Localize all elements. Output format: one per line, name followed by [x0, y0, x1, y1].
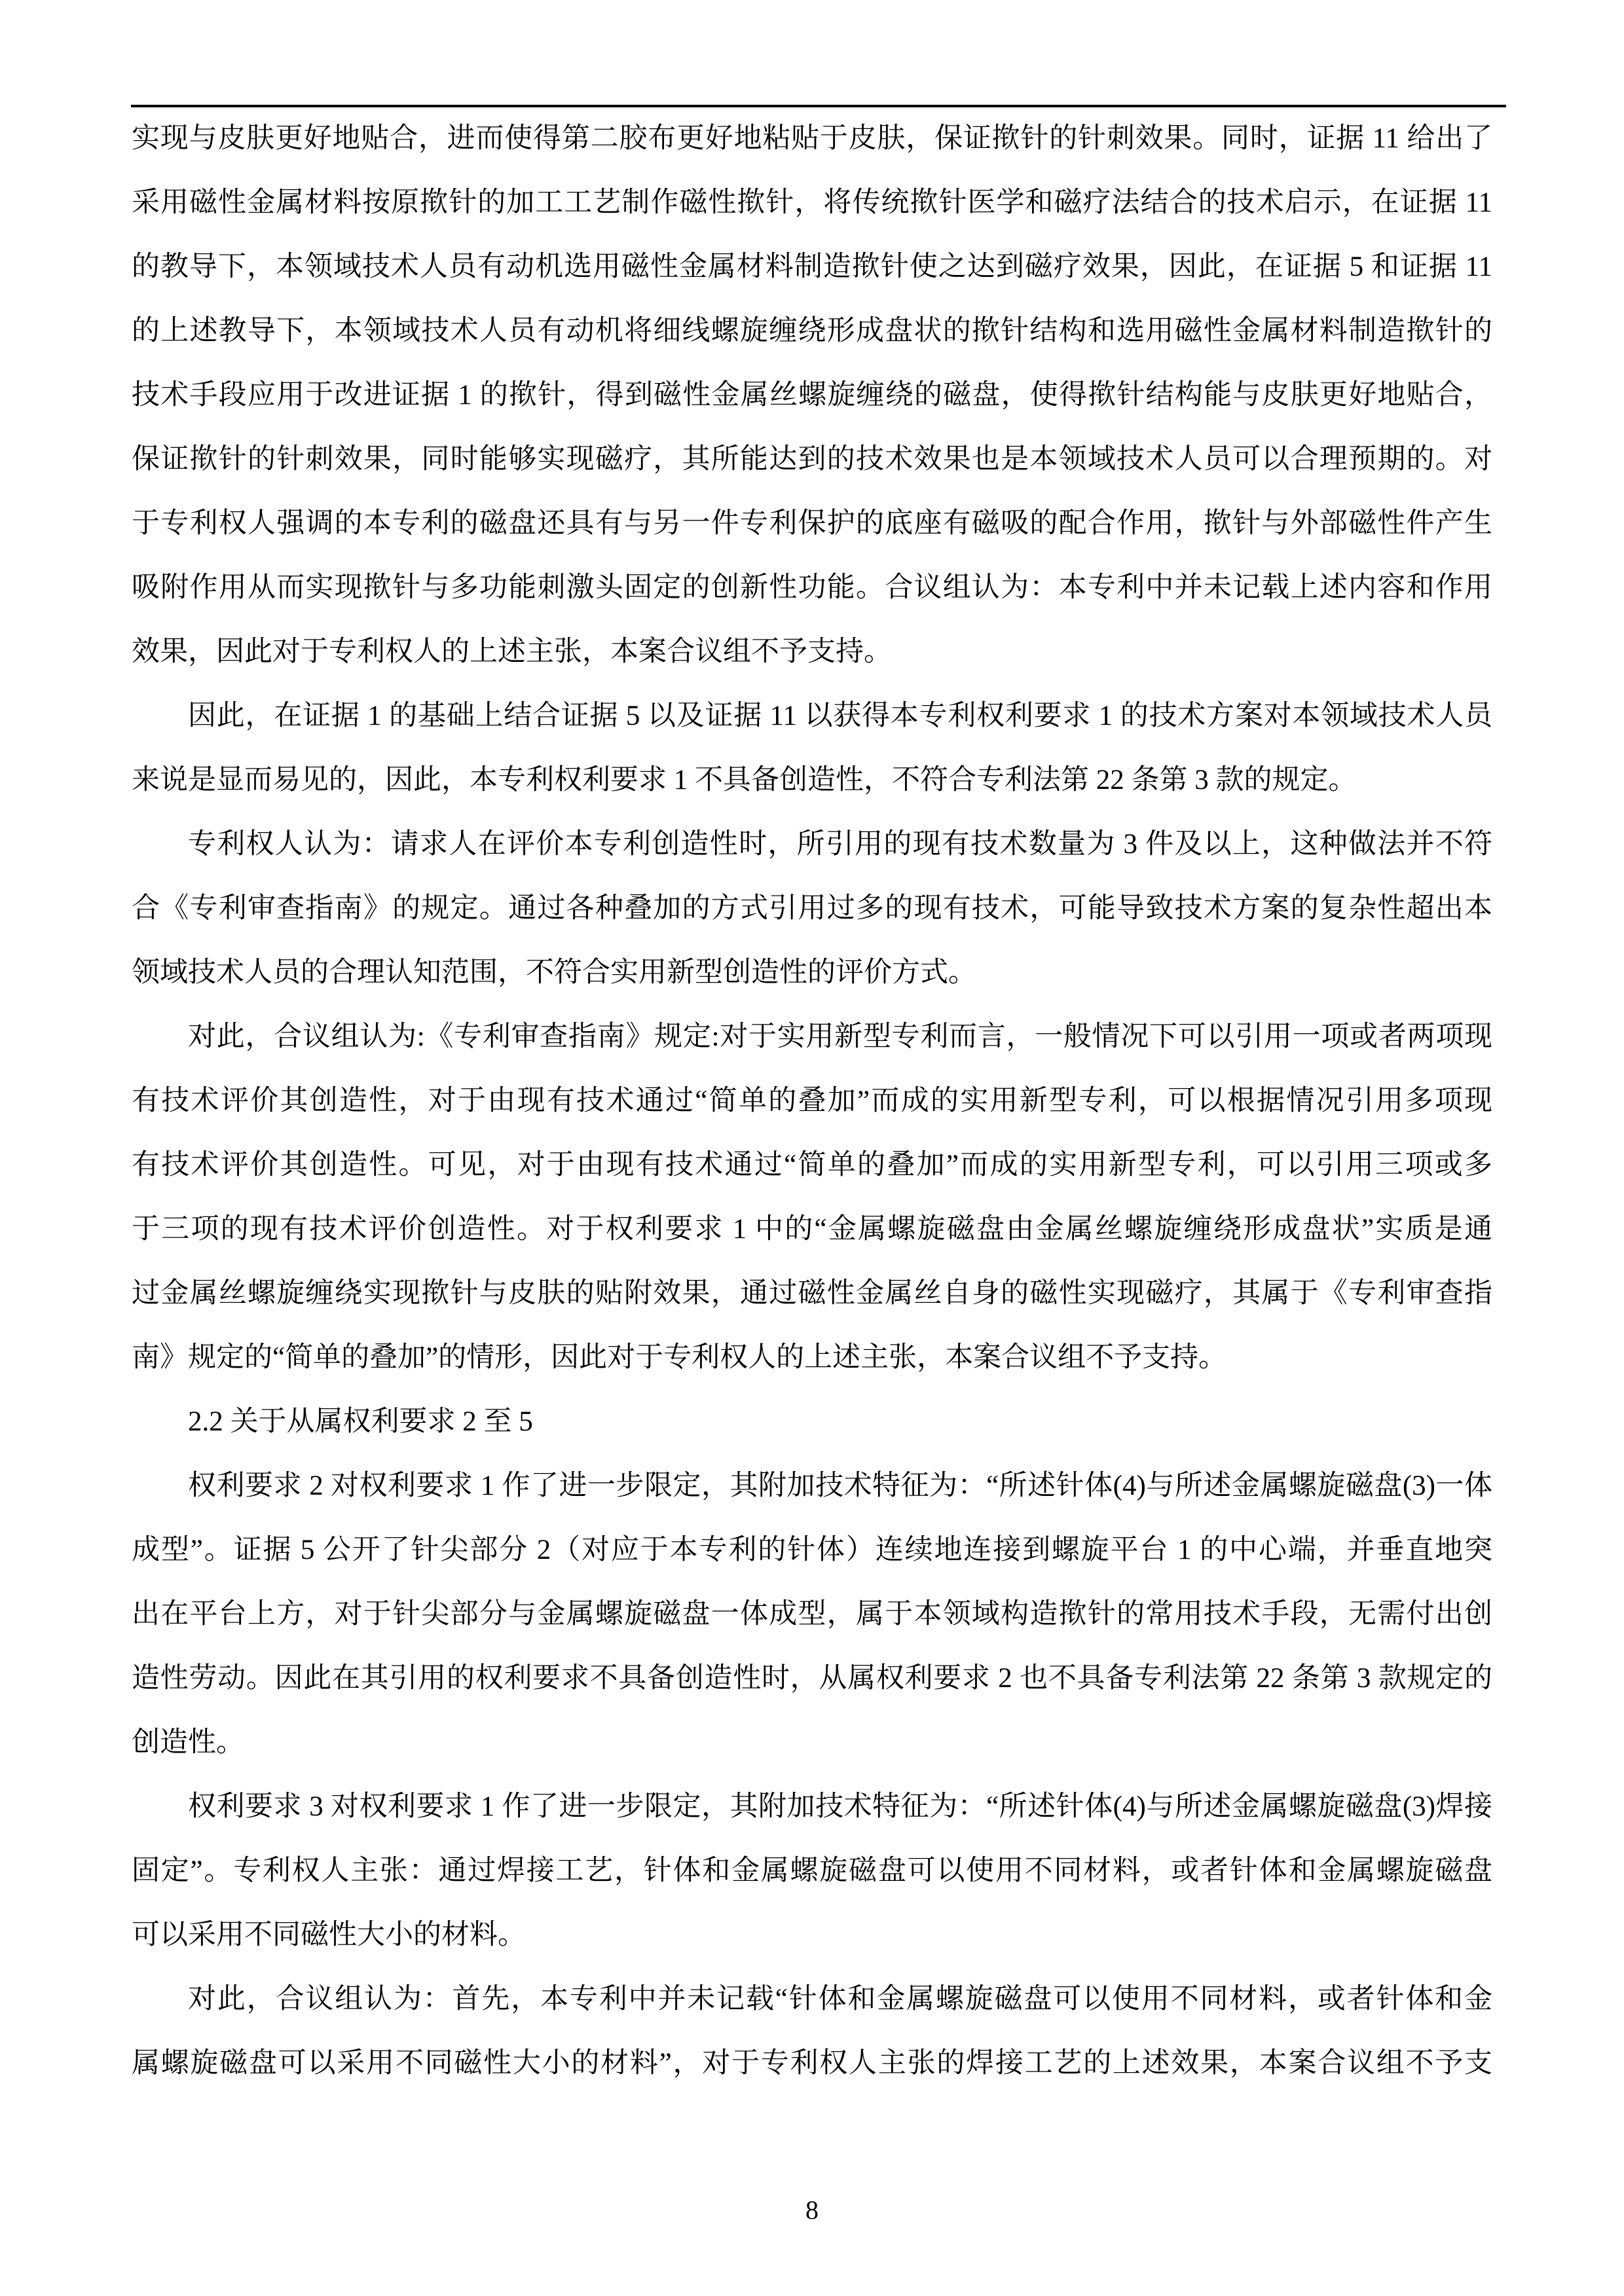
- text-line: 吸附作用从而实现揿针与多功能刺激头固定的创新性功能。合议组认为：本专利中并未记载…: [132, 556, 1492, 620]
- text-line: 权利要求 3 对权利要求 1 作了进一步限定，其附加技术特征为：“所述针体(4)…: [132, 1775, 1492, 1839]
- text-line: 创造性。: [132, 1711, 1492, 1775]
- page-number: 8: [0, 2195, 1624, 2226]
- text-line: 保证揿针的针刺效果，同时能够实现磁疗，其所能达到的技术效果也是本领域技术人员可以…: [132, 428, 1492, 492]
- text-line: 出在平台上方，对于针尖部分与金属螺旋磁盘一体成型，属于本领域构造揿针的常用技术手…: [132, 1582, 1492, 1647]
- text-line: 有技术评价其创造性，对于由现有技术通过“简单的叠加”而成的实用新型专利，可以根据…: [132, 1069, 1492, 1133]
- text-line: 对此，合议组认为:《专利审查指南》规定:对于实用新型专利而言，一般情况下可以引用…: [132, 1005, 1492, 1069]
- text-line: 技术手段应用于改进证据 1 的揿针，得到磁性金属丝螺旋缠绕的磁盘，使得揿针结构能…: [132, 363, 1492, 428]
- text-line: 权利要求 2 对权利要求 1 作了进一步限定，其附加技术特征为：“所述针体(4)…: [132, 1454, 1492, 1518]
- text-line: 采用磁性金属材料按原揿针的加工工艺制作磁性揿针，将传统揿针医学和磁疗法结合的技术…: [132, 171, 1492, 235]
- text-line: 固定”。专利权人主张：通过焊接工艺，针体和金属螺旋磁盘可以使用不同材料，或者针体…: [132, 1839, 1492, 1903]
- text-line: 属螺旋磁盘可以采用不同磁性大小的材料”，对于专利权人主张的焊接工艺的上述效果，本…: [132, 2032, 1492, 2096]
- text-line: 造性劳动。因此在其引用的权利要求不具备创造性时，从属权利要求 2 也不具备专利法…: [132, 1647, 1492, 1711]
- document-page: { "page": { "number": "8" }, "document":…: [0, 0, 1624, 2296]
- text-line: 来说是显而易见的，因此，本专利权利要求 1 不具备创造性，不符合专利法第 22 …: [132, 748, 1492, 812]
- text-line: 实现与皮肤更好地贴合，进而使得第二胶布更好地粘贴于皮肤，保证揿针的针刺效果。同时…: [132, 107, 1492, 171]
- text-line: 于专利权人强调的本专利的磁盘还具有与另一件专利保护的底座有磁吸的配合作用，揿针与…: [132, 492, 1492, 556]
- text-line: 对此，合议组认为：首先，本专利中并未记载“针体和金属螺旋磁盘可以使用不同材料，或…: [132, 1967, 1492, 2032]
- text-line: 于三项的现有技术评价创造性。对于权利要求 1 中的“金属螺旋磁盘由金属丝螺旋缠绕…: [132, 1197, 1492, 1262]
- text-line: 的教导下，本领域技术人员有动机选用磁性金属材料制造揿针使之达到磁疗效果，因此，在…: [132, 235, 1492, 299]
- text-line: 2.2 关于从属权利要求 2 至 5: [132, 1390, 1492, 1454]
- text-line: 领域技术人员的合理认知范围，不符合实用新型创造性的评价方式。: [132, 941, 1492, 1005]
- text-line: 有技术评价其创造性。可见，对于由现有技术通过“简单的叠加”而成的实用新型专利，可…: [132, 1133, 1492, 1197]
- text-line: 合《专利审查指南》的规定。通过各种叠加的方式引用过多的现有技术，可能导致技术方案…: [132, 877, 1492, 941]
- text-line: 可以采用不同磁性大小的材料。: [132, 1903, 1492, 1967]
- text-line: 的上述教导下，本领域技术人员有动机将细线螺旋缠绕形成盘状的揿针结构和选用磁性金属…: [132, 299, 1492, 363]
- document-body: 实现与皮肤更好地贴合，进而使得第二胶布更好地粘贴于皮肤，保证揿针的针刺效果。同时…: [132, 107, 1492, 2096]
- text-line: 因此，在证据 1 的基础上结合证据 5 以及证据 11 以获得本专利权利要求 1…: [132, 684, 1492, 748]
- text-line: 专利权人认为：请求人在评价本专利创造性时，所引用的现有技术数量为 3 件及以上，…: [132, 812, 1492, 877]
- text-line: 南》规定的“简单的叠加”的情形，因此对于专利权人的上述主张，本案合议组不予支持。: [132, 1326, 1492, 1390]
- text-line: 成型”。证据 5 公开了针尖部分 2（对应于本专利的针体）连续地连接到螺旋平台 …: [132, 1518, 1492, 1582]
- text-line: 效果，因此对于专利权人的上述主张，本案合议组不予支持。: [132, 620, 1492, 684]
- text-line: 过金属丝螺旋缠绕实现揿针与皮肤的贴附效果，通过磁性金属丝自身的磁性实现磁疗，其属…: [132, 1262, 1492, 1326]
